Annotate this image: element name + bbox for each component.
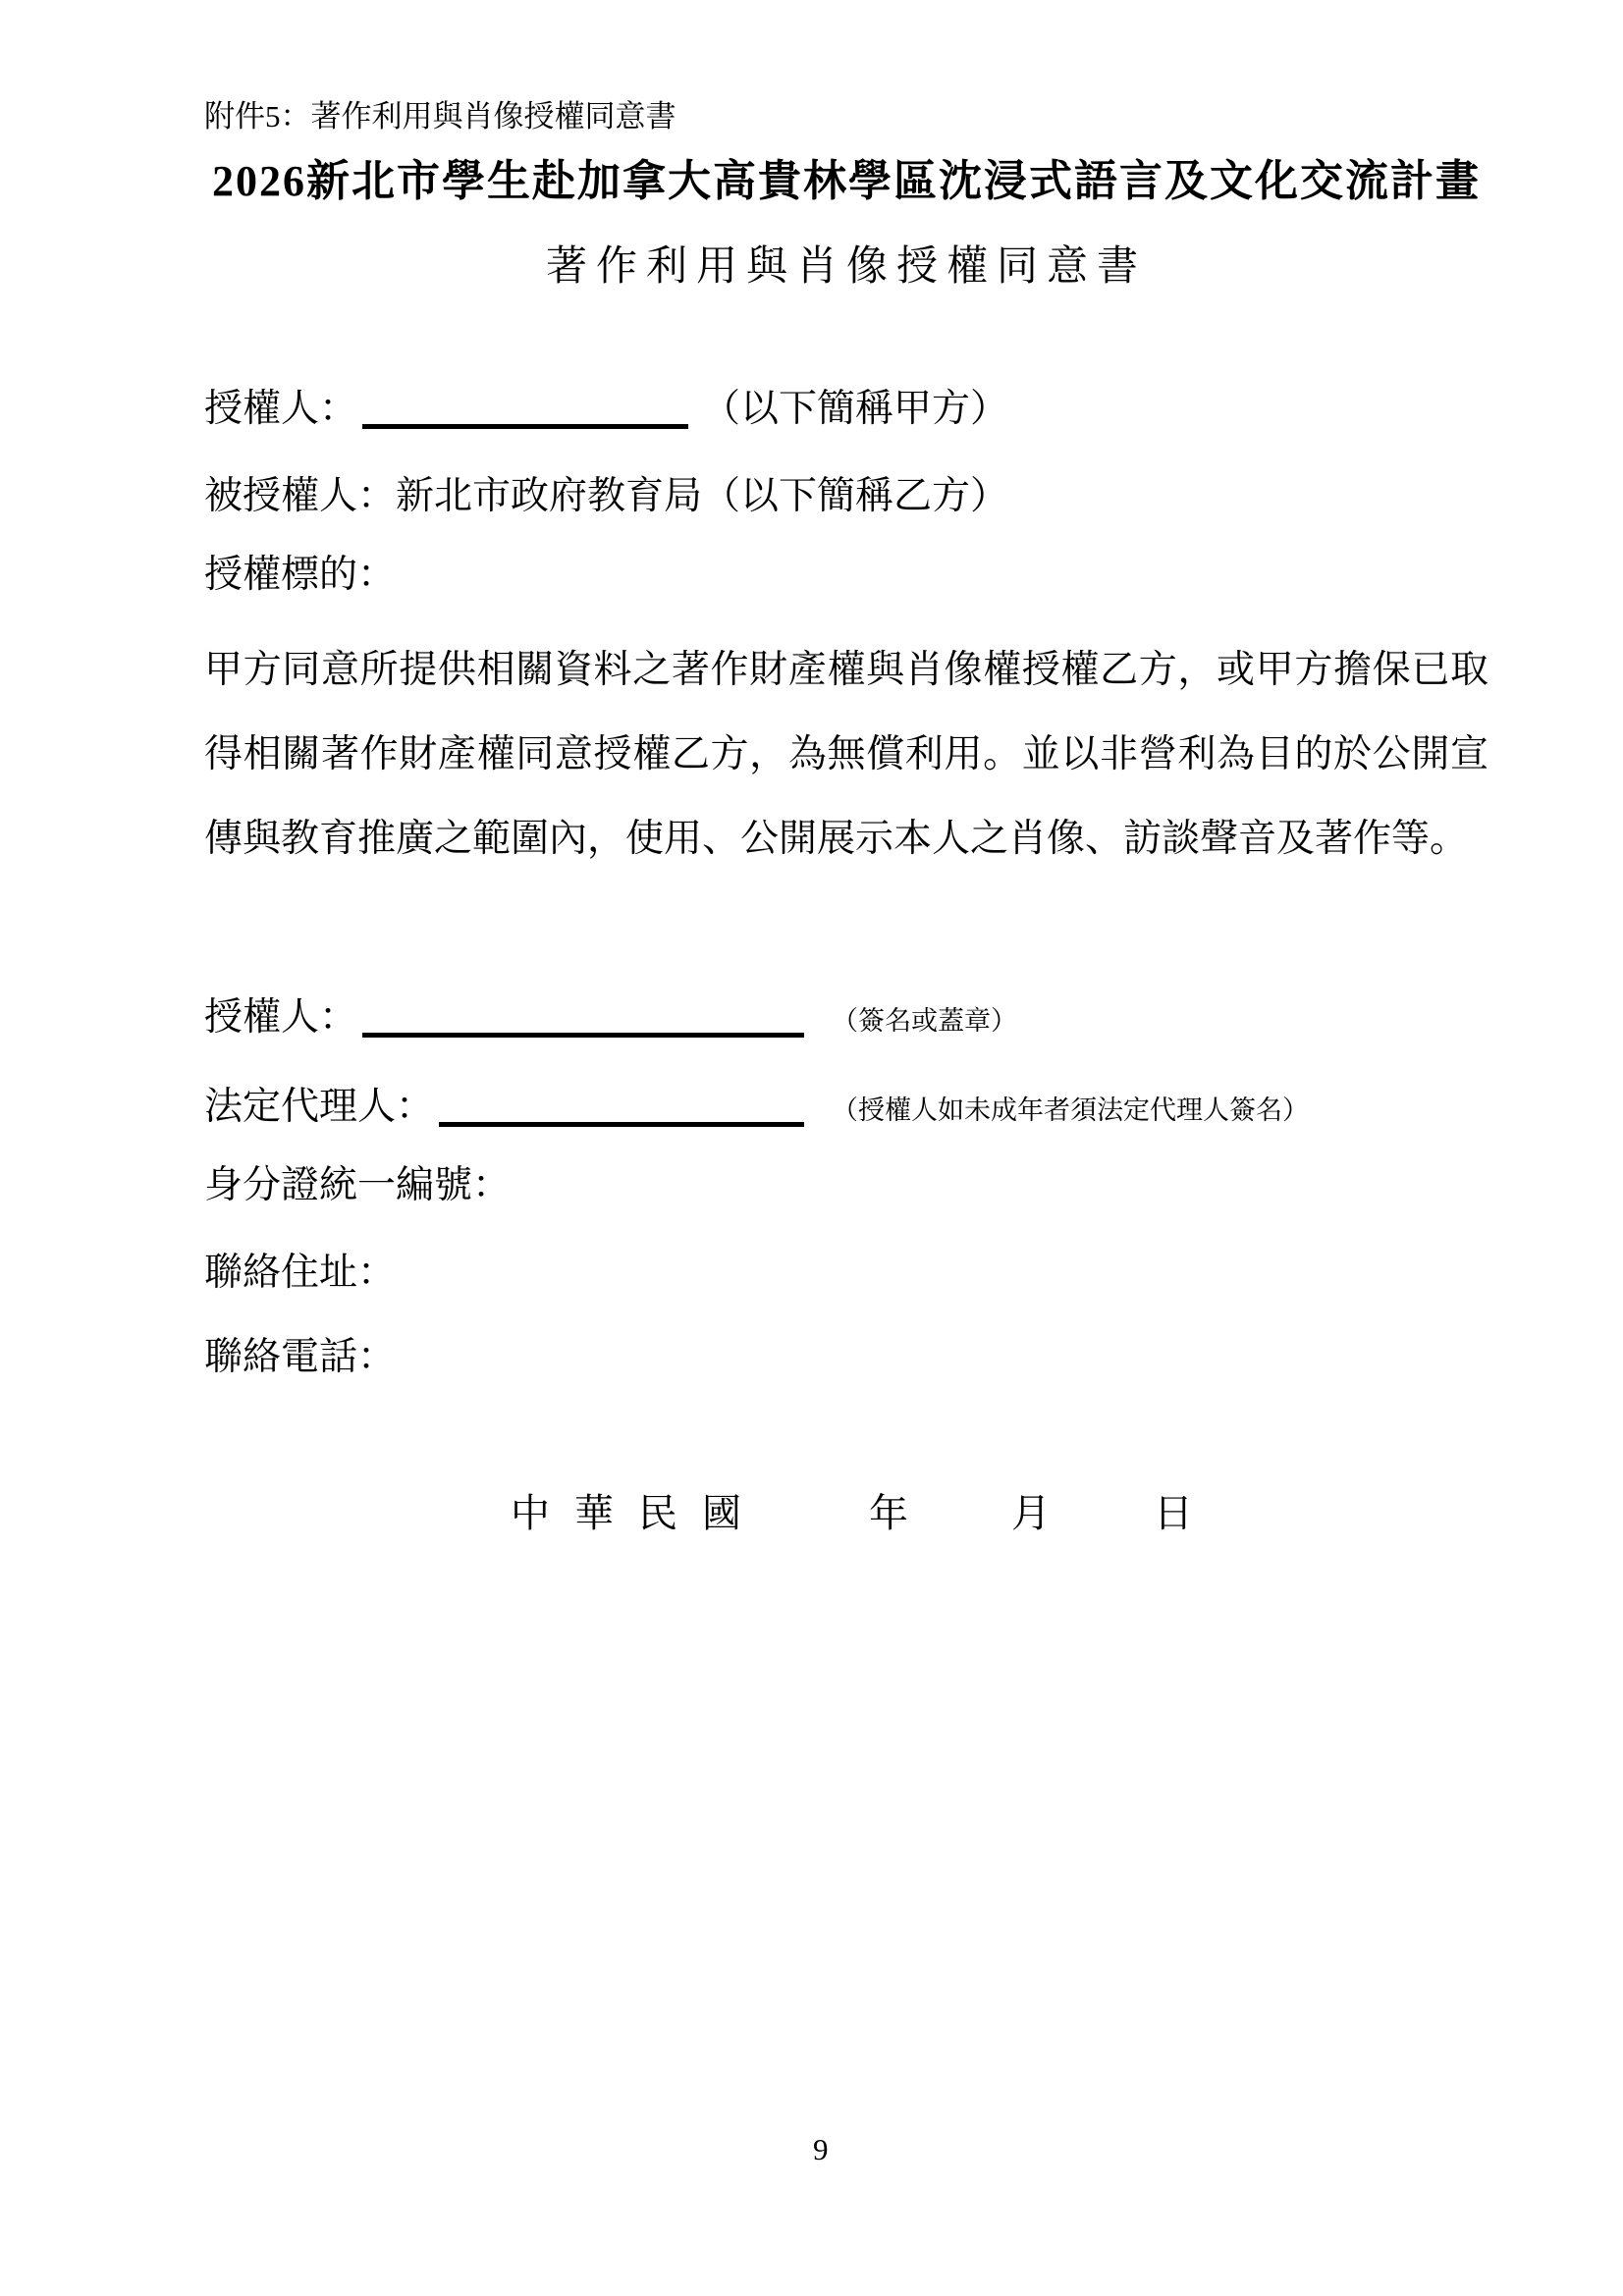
legal-representative-row: 法定代理人：（授權人如未成年者須法定代理人簽名）: [204, 1079, 1309, 1137]
subject-row: 授權標的：: [204, 549, 396, 602]
date-year-label: 年: [869, 1488, 908, 1539]
subject-label: 授權標的：: [204, 554, 396, 596]
national-id-row: 身分證統一編號：: [204, 1159, 511, 1212]
national-id-label: 身分證統一編號：: [204, 1164, 511, 1206]
licensee-label: 被授權人：: [204, 475, 396, 517]
signature-licensor-note: （簽名或蓋章）: [832, 1006, 1017, 1036]
licensor-blank-line: [362, 381, 688, 429]
licensor-row: 授權人：（以下簡稱甲方）: [204, 381, 1008, 436]
signature-licensor-row: 授權人：（簽名或蓋章）: [204, 989, 1017, 1047]
licensee-value: 新北市政府教育局（以下簡稱乙方）: [396, 475, 1008, 517]
page-number: 9: [813, 2130, 829, 2169]
terms-paragraph: 甲方同意所提供相關資料之著作財產權與肖像權授權乙方，或甲方擔保已取得相關著作財產…: [204, 628, 1488, 881]
phone-label: 聯絡電話：: [204, 1336, 396, 1378]
signature-licensor-blank-line: [362, 989, 804, 1038]
legal-representative-note: （授權人如未成年者須法定代理人簽名）: [832, 1095, 1309, 1125]
legal-representative-blank-line: [439, 1079, 804, 1127]
address-label: 聯絡住址：: [204, 1252, 396, 1294]
licensee-row: 被授權人：新北市政府教育局（以下簡稱乙方）: [204, 470, 1008, 523]
address-row: 聯絡住址：: [204, 1247, 396, 1300]
legal-representative-label: 法定代理人：: [204, 1086, 434, 1128]
date-day-label: 日: [1154, 1488, 1193, 1539]
consent-form-page: 附件5：著作利用與肖像授權同意書 2026新北市學生赴加拿大高貴林學區沈浸式語言…: [0, 0, 1623, 2296]
attachment-note: 附件5：著作利用與肖像授權同意書: [204, 96, 676, 137]
date-era-label: 中華民國: [511, 1488, 766, 1539]
date-line: 中華民國 年 月 日: [511, 1488, 1193, 1539]
licensor-label: 授權人：: [204, 388, 357, 430]
date-month-label: 月: [1011, 1488, 1051, 1539]
document-title: 2026新北市學生赴加拿大高貴林學區沈浸式語言及文化交流計畫: [204, 153, 1488, 210]
signature-licensor-label: 授權人：: [204, 996, 357, 1039]
licensor-alias-note: （以下簡稱甲方）: [702, 388, 1008, 430]
document-subtitle: 著作利用與肖像授權同意書: [204, 239, 1488, 295]
phone-row: 聯絡電話：: [204, 1331, 396, 1384]
